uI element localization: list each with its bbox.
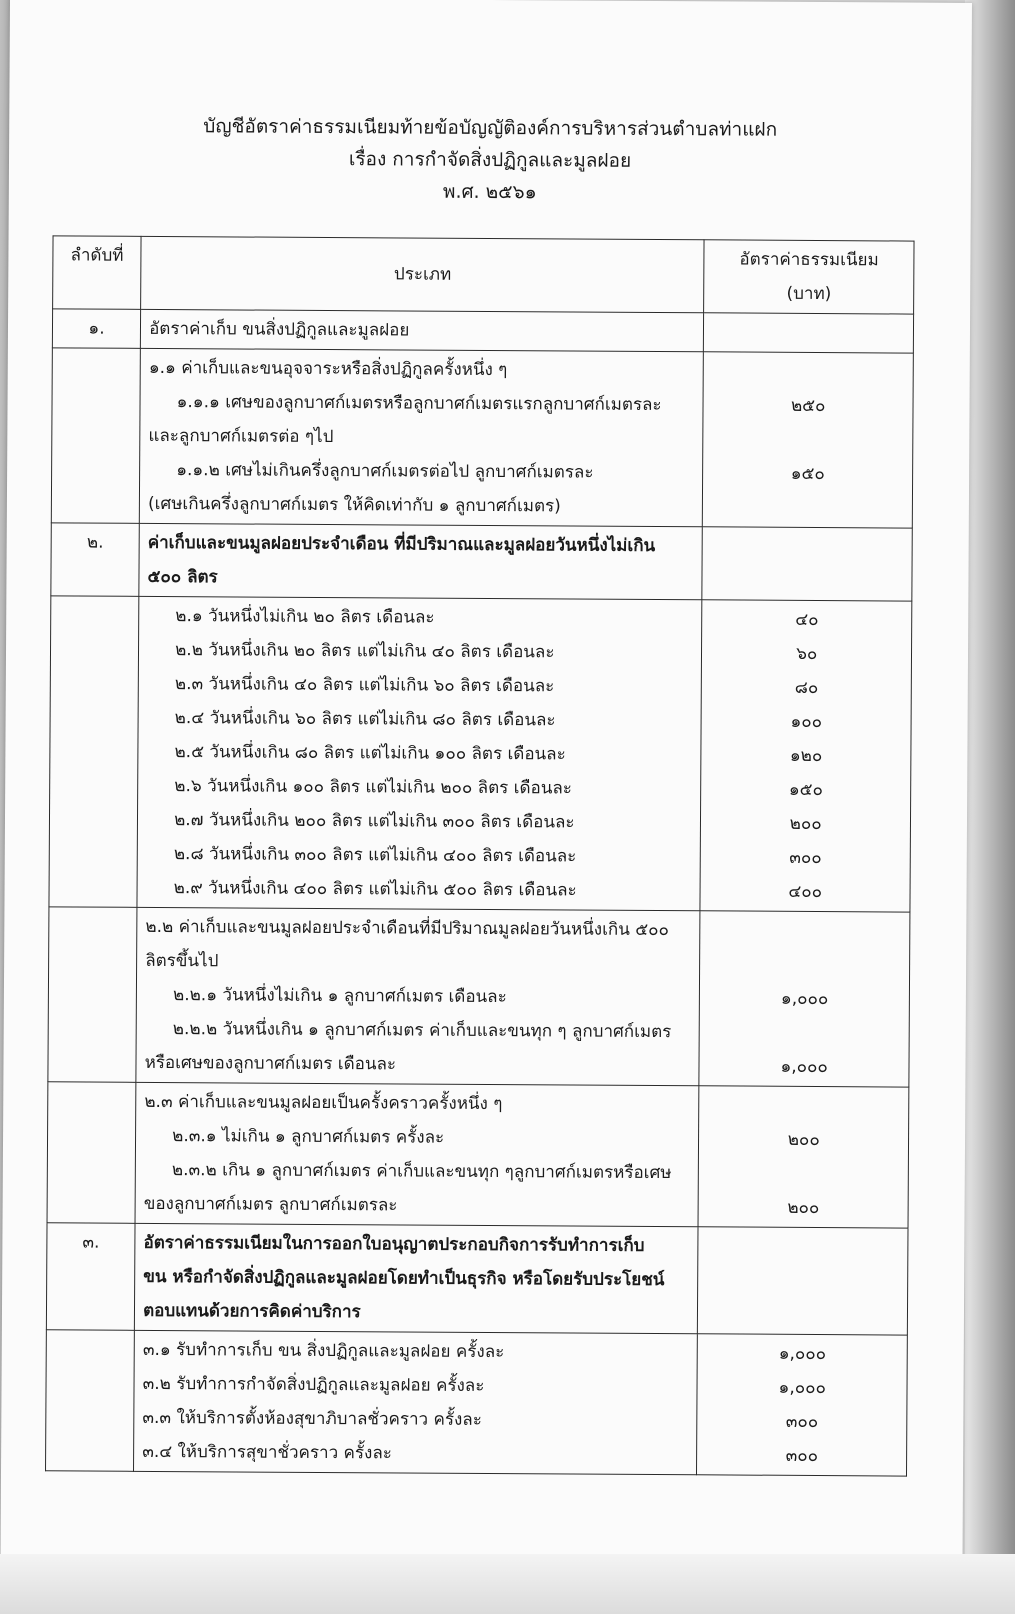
monthly-item-label: ๒.๑ วันหนึ่งไม่เกิน ๒๐ ลิตร เดือนละ <box>147 599 693 636</box>
section-3-item-label: ๓.๒ รับทำการกำจัดสิ่งปฏิกูลและมูลฝอย ครั… <box>143 1367 689 1404</box>
monthly-item-label: ๒.๒ วันหนึ่งเกิน ๒๐ ลิตร แต่ไม่เกิน ๔๐ ล… <box>147 633 693 670</box>
monthly-item-fee: ๑๕๐ <box>709 772 902 807</box>
monthly-item-fees: ๔๐๖๐๘๐๑๐๐๑๒๐๑๕๐๒๐๐๓๐๐๔๐๐ <box>700 600 911 912</box>
fee-schedule-table: ลำดับที่ ประเภท อัตราค่าธรรมเนียม (บาท) … <box>45 235 915 1476</box>
adjacent-page-right <box>965 0 1015 1614</box>
monthly-item-label: ๒.๙ วันหนึ่งเกิน ๔๐๐ ลิตร แต่ไม่เกิน ๕๐๐… <box>146 871 692 908</box>
heading-year: พ.ศ. ๒๕๖๑ <box>9 173 971 211</box>
section-3-item-fee: ๓๐๐ <box>705 1438 898 1473</box>
monthly-item-fee: ๑๒๐ <box>710 738 903 773</box>
monthly-item-fee: ๖๐ <box>710 636 903 671</box>
header-fee: อัตราค่าธรรมเนียม (บาท) <box>704 240 914 314</box>
section-2-no: ๒. <box>51 523 140 597</box>
monthly-item-label: ๒.๔ วันหนึ่งเกิน ๖๐ ลิตร แต่ไม่เกิน ๘๐ ล… <box>147 701 693 738</box>
table-header-row: ลำดับที่ ประเภท อัตราค่าธรรมเนียม (บาท) <box>53 236 914 314</box>
document-heading: บัญชีอัตราค่าธรรมเนียมท้ายข้อบัญญัติองค์… <box>9 109 972 211</box>
section-1-no: ๑. <box>52 309 140 349</box>
section-1-title: อัตราค่าเก็บ ขนสิ่งปฏิกูลและมูลฝอย <box>140 309 704 351</box>
monthly-item-fee: ๔๐๐ <box>709 874 902 909</box>
section-1-details: ๑.๑ ค่าเก็บและขนอุจจาระหรือสิ่งปฏิกูลครั… <box>139 348 703 526</box>
monthly-item-label: ๒.๗ วันหนึ่งเกิน ๒๐๐ ลิตร แต่ไม่เกิน ๓๐๐… <box>146 803 692 840</box>
monthly-item-fee: ๓๐๐ <box>709 840 902 875</box>
section-2-row: ๒. ค่าเก็บและขนมูลฝอยประจำเดือน ที่มีปริ… <box>51 523 912 601</box>
section-2-3-fees: ๒๐๐ ๒๐๐ <box>698 1086 908 1228</box>
section-3-no: ๓. <box>46 1223 135 1331</box>
header-no: ลำดับที่ <box>53 236 142 310</box>
section-3-item-fee: ๑,๐๐๐ <box>706 1336 899 1371</box>
section-3-title: อัตราค่าธรรมเนียมในการออกใบอนุญาตประกอบก… <box>134 1223 698 1333</box>
monthly-item-fee: ๔๐ <box>711 602 904 637</box>
section-3-item-label: ๓.๑ รับทำการเก็บ ขน สิ่งปฏิกูลและมูลฝอย … <box>143 1333 689 1370</box>
section-3-item-labels: ๓.๑ รับทำการเก็บ ขน สิ่งปฏิกูลและมูลฝอย … <box>134 1330 698 1474</box>
section-2-monthly-items: ๒.๑ วันหนึ่งไม่เกิน ๒๐ ลิตร เดือนละ๒.๒ ว… <box>49 596 912 912</box>
header-type: ประเภท <box>141 236 705 312</box>
monthly-item-labels: ๒.๑ วันหนึ่งไม่เกิน ๒๐ ลิตร เดือนละ๒.๒ ว… <box>137 596 702 910</box>
section-3-items: ๓.๑ รับทำการเก็บ ขน สิ่งปฏิกูลและมูลฝอย … <box>46 1330 908 1476</box>
section-2-3-details: ๒.๓ ค่าเก็บและขนมูลฝอยเป็นครั้งคราวครั้ง… <box>135 1082 699 1226</box>
monthly-item-label: ๒.๓ วันหนึ่งเกิน ๔๐ ลิตร แต่ไม่เกิน ๖๐ ล… <box>147 667 693 704</box>
monthly-item-label: ๒.๕ วันหนึ่งเกิน ๘๐ ลิตร แต่ไม่เกิน ๑๐๐ … <box>146 735 692 772</box>
section-3-item-fee: ๓๐๐ <box>706 1404 899 1439</box>
section-3-item-fee: ๑,๐๐๐ <box>706 1370 899 1405</box>
section-3-item-label: ๓.๔ ให้บริการสุขาชั่วคราว ครั้งละ <box>142 1435 688 1472</box>
monthly-item-fee: ๑๐๐ <box>710 704 903 739</box>
section-2-3-row: ๒.๓ ค่าเก็บและขนมูลฝอยเป็นครั้งคราวครั้ง… <box>47 1082 909 1228</box>
document-page: บัญชีอัตราค่าธรรมเนียมท้ายข้อบัญญัติองค์… <box>0 0 972 1568</box>
section-3-row: ๓. อัตราค่าธรรมเนียมในการออกใบอนุญาตประก… <box>46 1223 908 1335</box>
monthly-item-fee: ๘๐ <box>710 670 903 705</box>
section-3-item-fees: ๑,๐๐๐๑,๐๐๐๓๐๐๓๐๐ <box>697 1334 907 1476</box>
section-3-item-label: ๓.๓ ให้บริการตั้งห้องสุขาภิบาลชั่วคราว ค… <box>142 1401 688 1438</box>
page-bottom-background <box>0 1554 1015 1614</box>
section-2-2-details: ๒.๒ ค่าเก็บและขนมูลฝอยประจำเดือนที่มีปริ… <box>136 907 700 1085</box>
monthly-item-label: ๒.๘ วันหนึ่งเกิน ๓๐๐ ลิตร แต่ไม่เกิน ๔๐๐… <box>146 837 692 874</box>
section-2-2-fees: ๑,๐๐๐ ๑,๐๐๐ <box>699 911 910 1087</box>
section-2-title: ค่าเก็บและขนมูลฝอยประจำเดือน ที่มีปริมาณ… <box>139 523 703 599</box>
monthly-item-fee: ๒๐๐ <box>709 806 902 841</box>
section-1-row: ๑. อัตราค่าเก็บ ขนสิ่งปฏิกูลและมูลฝอย <box>52 309 913 353</box>
section-1-fees: ๒๕๐ ๑๕๐ <box>703 352 914 528</box>
section-1-items: ๑.๑ ค่าเก็บและขนอุจจาระหรือสิ่งปฏิกูลครั… <box>51 348 913 528</box>
section-2-2-row: ๒.๒ ค่าเก็บและขนมูลฝอยประจำเดือนที่มีปริ… <box>48 907 910 1087</box>
monthly-item-label: ๒.๖ วันหนึ่งเกิน ๑๐๐ ลิตร แต่ไม่เกิน ๒๐๐… <box>146 769 692 806</box>
